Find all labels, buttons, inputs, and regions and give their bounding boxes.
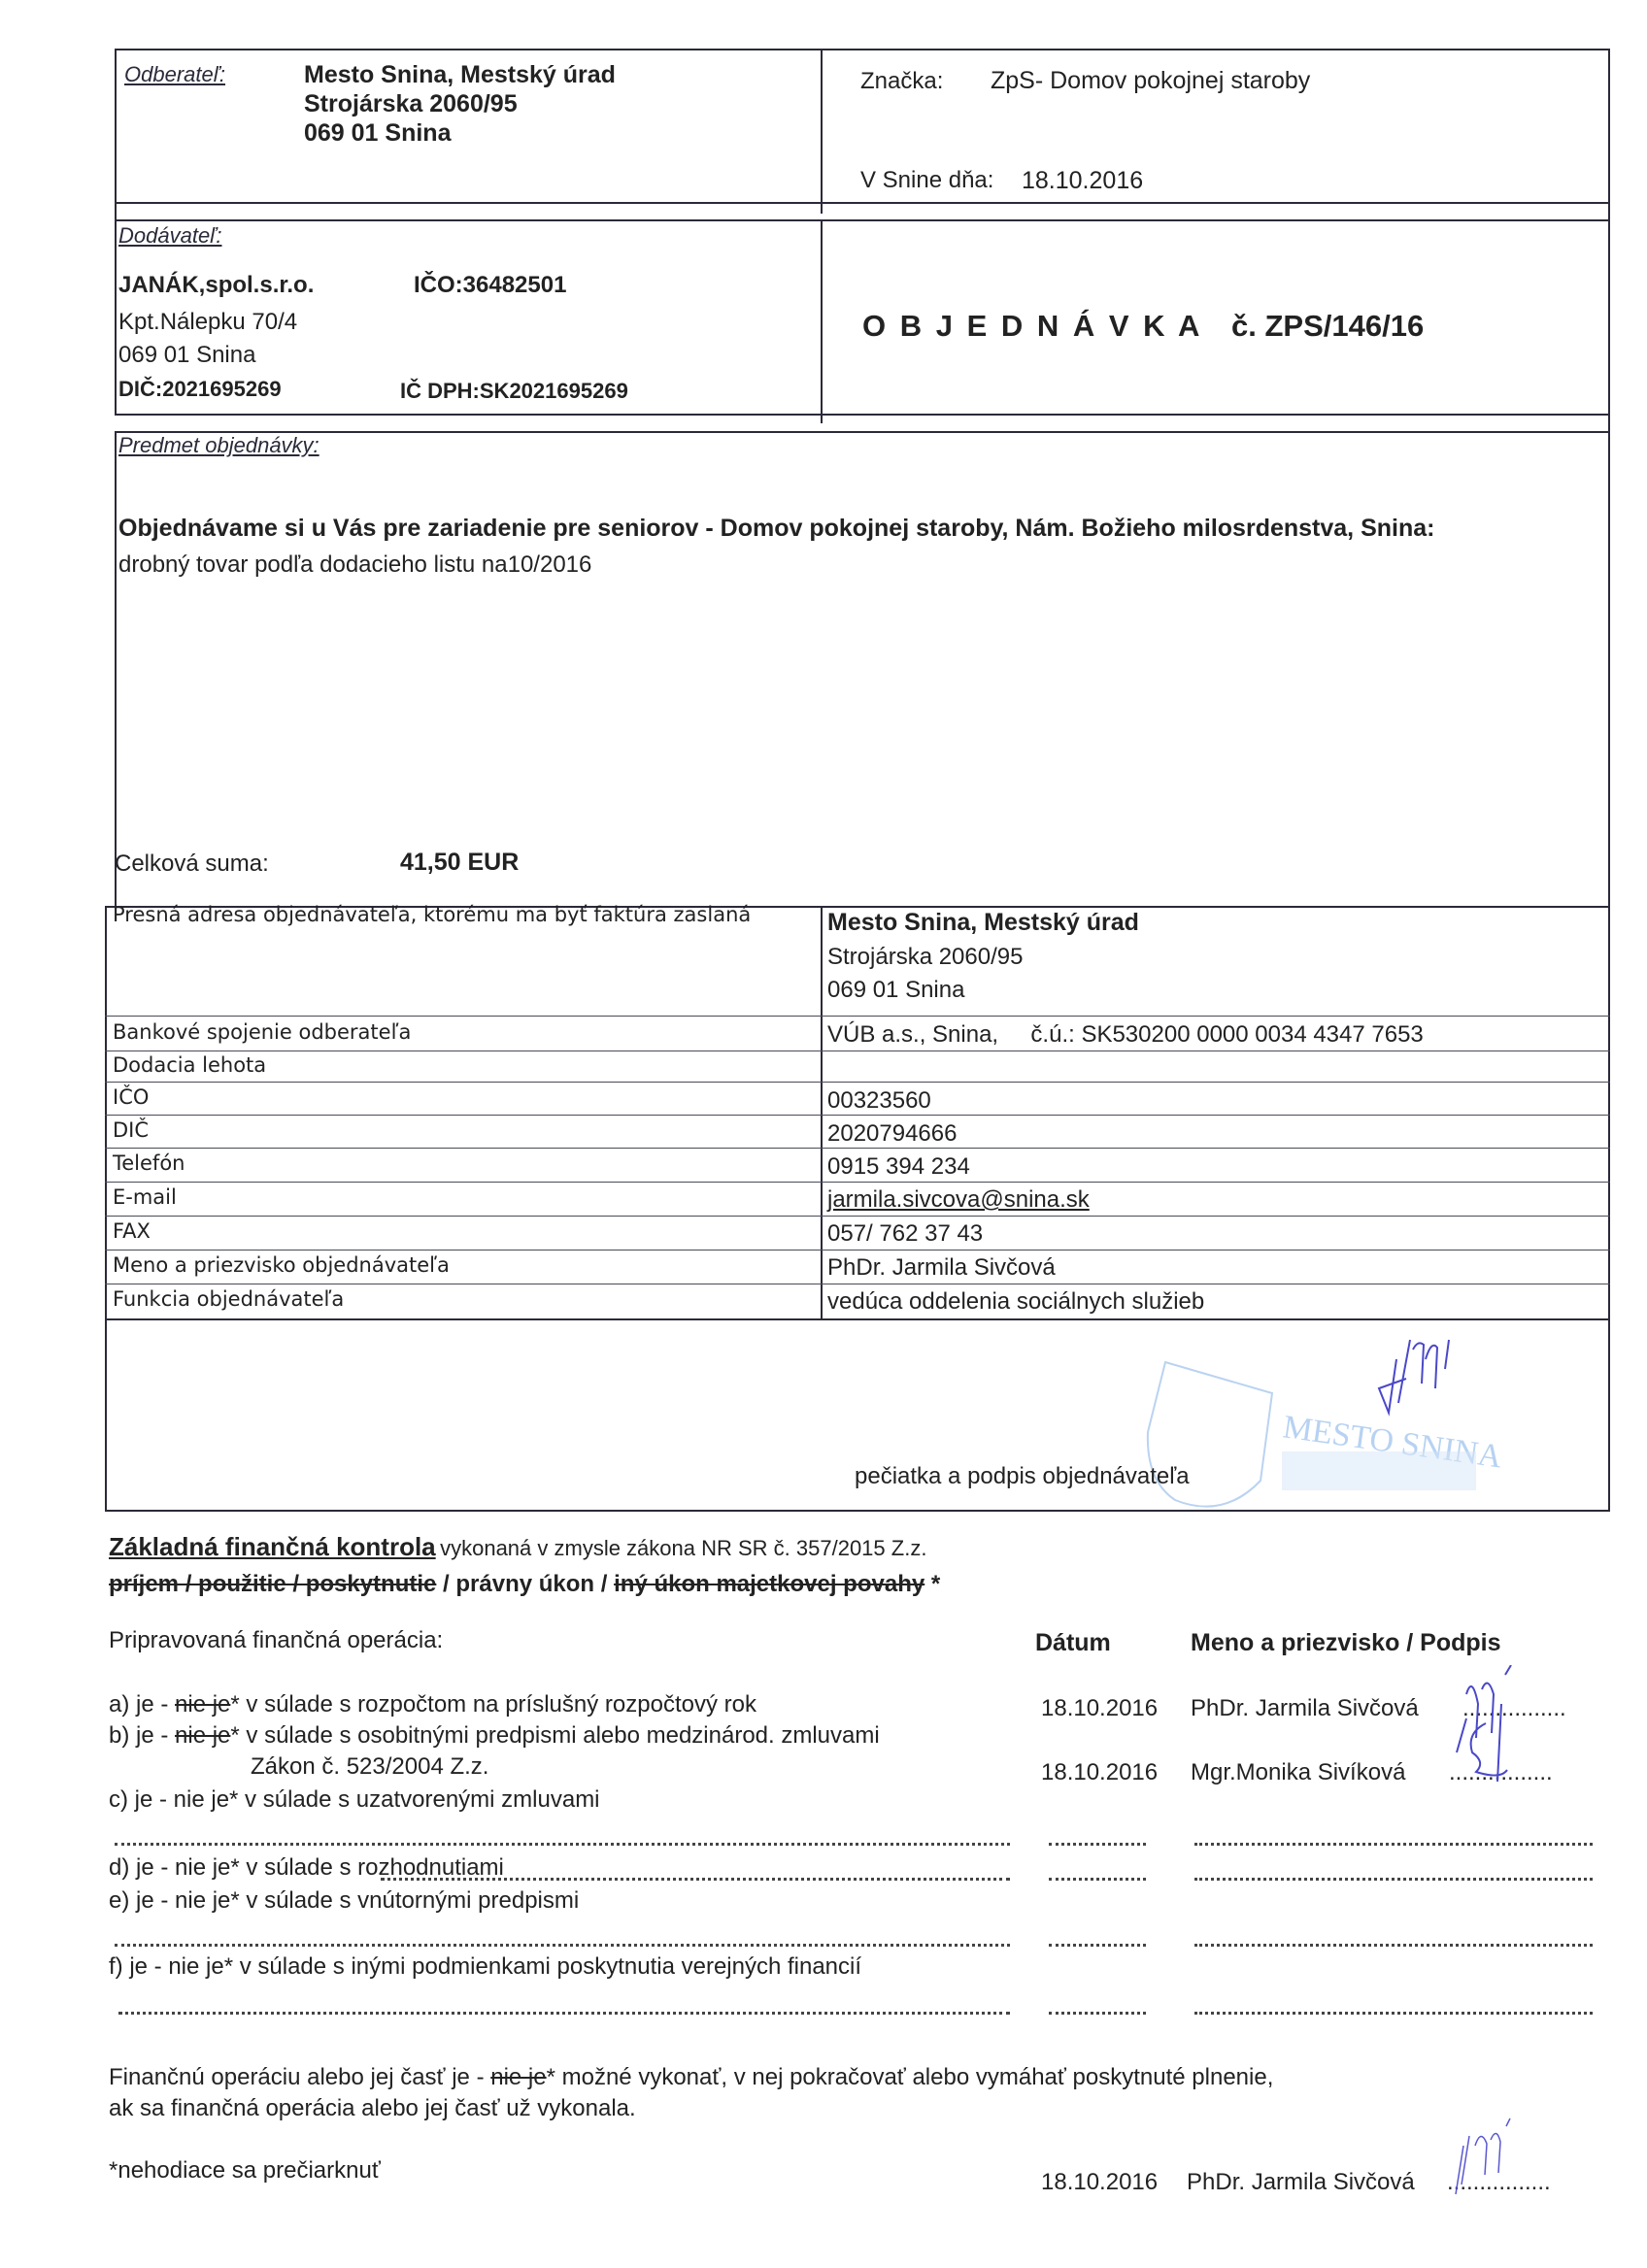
signature-icon [1442, 2117, 1539, 2204]
supplier-city: 069 01 Snina [118, 342, 255, 369]
footnote: *nehodiace sa prečiarknuť [109, 2157, 381, 2185]
control-type-struck-1: príjem / použitie / poskytnutie [109, 1571, 436, 1597]
control-type-sep: / [594, 1571, 614, 1597]
control-title-suffix: vykonaná v zmysle zákona NR SR č. 357/20… [440, 1536, 926, 1560]
control-type-active: právny úkon [455, 1571, 594, 1597]
signature-icon [1447, 1665, 1593, 1791]
item-text: * v súlade s inými podmienkami poskytnut… [224, 1953, 861, 1980]
dotted-line [1194, 1944, 1593, 1947]
supplier-label: Dodávateľ: [118, 223, 221, 249]
order-title: O B J E D N Á V K A [862, 309, 1202, 344]
conclusion-text: * možné vykonať, v nej pokračovať alebo … [547, 2064, 1274, 2090]
invoice-address-name: Mesto Snina, Mestský úrad [827, 909, 1139, 937]
detail-label-ico: IČO [113, 1085, 149, 1109]
control-item-b-law: Zákon č. 523/2004 Z.z. [251, 1753, 488, 1781]
control-item-e: e) je - nie je* v súlade s vnútornými pr… [109, 1887, 579, 1915]
final-name: PhDr. Jarmila Sivčová [1187, 2169, 1415, 2196]
signer-1-date: 18.10.2016 [1041, 1695, 1158, 1722]
dotted-line [1194, 2012, 1593, 2015]
signer-2-name: Mgr.Monika Sivíková [1191, 1759, 1405, 1786]
invoice-address-label: Presná adresa objednávateľa, ktorému ma … [113, 903, 751, 926]
supplier-name: JANÁK,spol.s.r.o. [118, 272, 314, 299]
detail-label-orderer-name: Meno a priezvisko objednávateľa [113, 1253, 450, 1277]
order-number: č. ZPS/146/16 [1231, 309, 1424, 344]
control-item-b: b) je - nie je* v súlade s osobitnými pr… [109, 1722, 880, 1750]
conclusion-line-1: Finančnú operáciu alebo jej časť je - ni… [109, 2064, 1273, 2091]
total-label: Celková suma: [115, 850, 269, 878]
detail-label-email: E-mail [113, 1185, 177, 1209]
customer-street: Strojárska 2060/95 [304, 89, 616, 118]
control-item-f: f) je - nie je* v súlade s inými podmien… [109, 1953, 861, 1981]
dotted-line [1049, 1944, 1146, 1947]
subject-main: Objednávame si u Vás pre zariadenie pre … [118, 515, 1434, 543]
item-text: * v súlade s osobitnými predpismi alebo … [230, 1722, 879, 1749]
item-prefix: f) je - nie je [109, 1953, 224, 1980]
control-type-asterisk: * [924, 1571, 940, 1597]
dotted-line [115, 1843, 1010, 1846]
detail-label-dic: DIČ [113, 1118, 149, 1142]
control-heading: Základná finančná kontrola vykonaná v zm… [109, 1532, 926, 1562]
reference-label: Značka: [860, 68, 943, 95]
supplier-street: Kpt.Nálepku 70/4 [118, 309, 297, 336]
dotted-line [1194, 1843, 1593, 1846]
detail-value-phone: 0915 394 234 [827, 1153, 970, 1181]
signer-2-date: 18.10.2016 [1041, 1759, 1158, 1786]
item-prefix: c) je - nie je [109, 1786, 229, 1813]
dotted-line [381, 1878, 1010, 1881]
signature-icon [1360, 1330, 1486, 1437]
subject-label: Predmet objednávky: [118, 433, 319, 458]
item-text: * v súlade s rozhodnutiami [230, 1854, 503, 1881]
final-date: 18.10.2016 [1041, 2169, 1158, 2196]
detail-value-email[interactable]: jarmila.sivcova@snina.sk [827, 1186, 1090, 1214]
customer-address: Mesto Snina, Mestský úrad Strojárska 206… [304, 60, 616, 148]
item-struck: nie je [175, 1722, 230, 1749]
detail-value-bank: VÚB a.s., Snina, č.ú.: SK530200 0000 003… [827, 1021, 1424, 1049]
detail-value-function: vedúca oddelenia sociálnych služieb [827, 1288, 1204, 1316]
control-item-c: c) je - nie je* v súlade s uzatvorenými … [109, 1786, 600, 1814]
date-value: 18.10.2016 [1022, 167, 1143, 195]
detail-label-function: Funkcia objednávateľa [113, 1287, 344, 1311]
invoice-address-city: 069 01 Snina [827, 977, 964, 1004]
operation-label: Pripravovaná finančná operácia: [109, 1627, 443, 1654]
detail-label-fax: FAX [113, 1219, 151, 1243]
supplier-ico: IČO:36482501 [414, 272, 566, 299]
detail-label-phone: Telefón [113, 1151, 185, 1175]
dotted-line [1194, 1878, 1593, 1881]
customer-label: Odberateľ: [124, 62, 225, 87]
item-prefix: d) je - nie je [109, 1854, 230, 1881]
dotted-line [1049, 1843, 1146, 1846]
column-name-header: Meno a priezvisko / Podpis [1191, 1629, 1501, 1657]
conclusion-prefix: Finančnú operáciu alebo jej časť je - [109, 2064, 490, 2090]
date-label: V Snine dňa: [860, 167, 993, 194]
supplier-ic-dph: IČ DPH:SK2021695269 [400, 379, 628, 404]
item-prefix: e) je - nie je [109, 1887, 230, 1914]
customer-name: Mesto Snina, Mestský úrad [304, 60, 616, 89]
item-struck: nie je [175, 1691, 230, 1718]
signer-1-name: PhDr. Jarmila Sivčová [1191, 1695, 1419, 1722]
customer-city: 069 01 Snina [304, 118, 616, 148]
supplier-dic: DIČ:2021695269 [118, 377, 282, 402]
dotted-line [1049, 1878, 1146, 1881]
detail-value-orderer-name: PhDr. Jarmila Sivčová [827, 1254, 1056, 1282]
stamp-caption: pečiatka a podpis objednávateľa [855, 1463, 1190, 1490]
control-item-a: a) je - nie je* v súlade s rozpočtom na … [109, 1691, 756, 1718]
detail-value-dic: 2020794666 [827, 1120, 957, 1148]
item-text: * v súlade s vnútornými predpismi [230, 1887, 579, 1914]
item-text: * v súlade s uzatvorenými zmluvami [229, 1786, 599, 1813]
dotted-line [1049, 2012, 1146, 2015]
control-type-struck-2: iný úkon majetkovej povahy [614, 1571, 924, 1597]
invoice-address-street: Strojárska 2060/95 [827, 944, 1023, 971]
subject-detail: drobný tovar podľa dodacieho listu na10/… [118, 551, 591, 579]
item-text: * v súlade s rozpočtom na príslušný rozp… [230, 1691, 756, 1718]
reference-value: ZpS- Domov pokojnej staroby [991, 67, 1310, 95]
item-prefix: a) je - [109, 1691, 175, 1718]
dotted-line [118, 2012, 1010, 2015]
detail-value-fax: 057/ 762 37 43 [827, 1220, 983, 1248]
conclusion-struck: nie je [490, 2064, 546, 2090]
detail-value-ico: 00323560 [827, 1087, 931, 1115]
conclusion-line-2: ak sa finančná operácia alebo jej časť u… [109, 2095, 636, 2122]
item-prefix: b) je - [109, 1722, 175, 1749]
dotted-line [115, 1944, 1010, 1947]
total-value: 41,50 EUR [400, 849, 519, 877]
detail-label-delivery: Dodacia lehota [113, 1053, 266, 1077]
control-type-sep: / [436, 1571, 455, 1597]
control-type: príjem / použitie / poskytnutie / právny… [109, 1571, 940, 1598]
control-title: Základná finančná kontrola [109, 1532, 436, 1561]
column-date-header: Dátum [1035, 1629, 1111, 1657]
detail-label-bank: Bankové spojenie odberateľa [113, 1020, 411, 1044]
